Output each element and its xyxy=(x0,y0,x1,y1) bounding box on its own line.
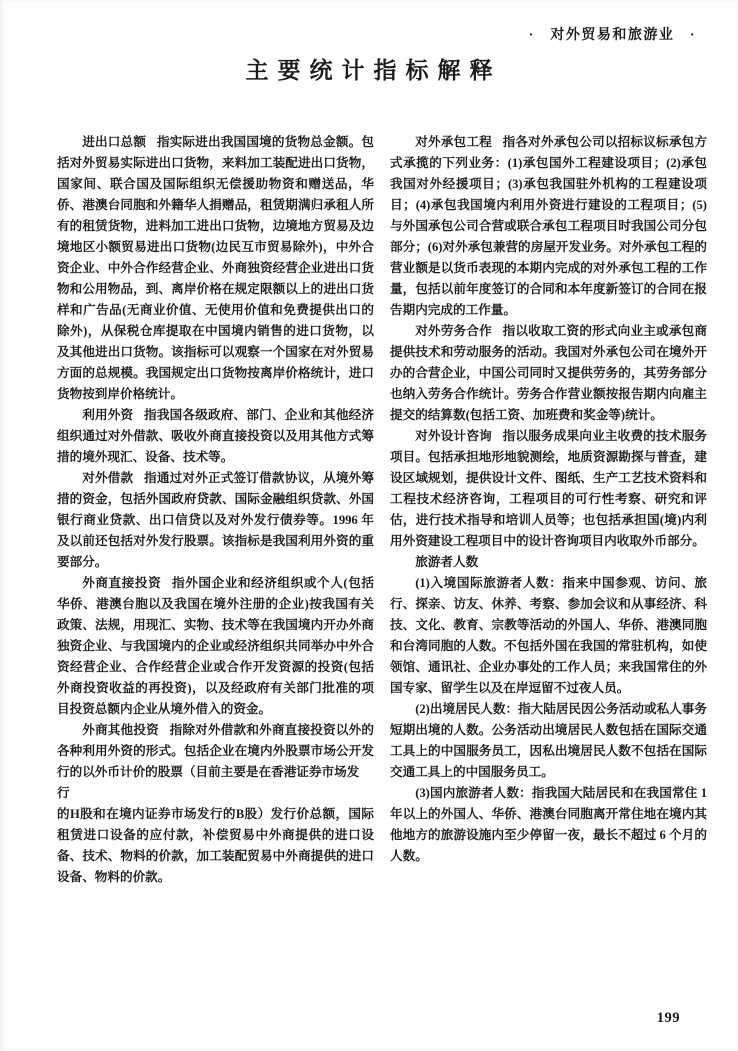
definition-paragraph: (1)入境国际旅游者人数：指来中国参观、访问、旅行、探亲、访友、休养、考察、参加… xyxy=(390,573,707,699)
definition-paragraph: 进出口总额指实际进出我国国境的货物总金额。包括对外贸易实际进出口货物，来料加工装… xyxy=(57,132,374,405)
definition-paragraph: 对外承包工程指各对外承包公司以招标议标承包方式承揽的下列业务：(1)承包国外工程… xyxy=(390,132,707,321)
definition-paragraph: 对外设计咨询指以服务成果向业主收费的技术服务项目。包括承担地形地貌测绘，地质资源… xyxy=(390,426,707,552)
term-label: 外商其他投资 xyxy=(82,723,159,737)
definition-paragraph: 旅游者人数 xyxy=(390,552,707,573)
page-number: 199 xyxy=(657,1010,680,1027)
definition-paragraph: (3)国内旅游者人数：指我国大陆居民和在我国常住 1 年以上的外国人、华侨、港澳… xyxy=(390,783,707,867)
left-column: 进出口总额指实际进出我国国境的货物总金额。包括对外贸易实际进出口货物，来料加工装… xyxy=(57,132,374,888)
definition-paragraph: 外商其他投资指除对外借款和外商直接投资以外的各种利用外资的形式。包括企业在境内外… xyxy=(57,720,374,888)
right-column: 对外承包工程指各对外承包公司以招标议标承包方式承揽的下列业务：(1)承包国外工程… xyxy=(390,132,707,888)
page-title: 主要统计指标解释 xyxy=(0,52,738,85)
definition-paragraph: (2)出境居民人数：指大陆居民因公务活动或私人事务短期出境的人数。公务活动出境居… xyxy=(390,699,707,783)
text-columns: 进出口总额指实际进出我国国境的货物总金额。包括对外贸易实际进出口货物，来料加工装… xyxy=(57,132,707,888)
term-label: 对外设计咨询 xyxy=(415,429,492,443)
term-label: 对外借款 xyxy=(82,471,133,485)
term-label: 外商直接投资 xyxy=(82,576,161,590)
running-header: · 对外贸易和旅游业 · xyxy=(529,24,696,44)
definition-paragraph: 对外借款指通过对外正式签订借款协议，从境外筹措的资金，包括外国政府贷款、国际金融… xyxy=(57,468,374,573)
definition-paragraph: 外商直接投资指外国企业和经济组织或个人(包括华侨、港澳台胞以及我国在境外注册的企… xyxy=(57,573,374,720)
definition-paragraph: 对外劳务合作指以收取工资的形式向业主或承包商提供技术和劳动服务的活动。我国对外承… xyxy=(390,321,707,426)
term-label: 旅游者人数 xyxy=(415,555,478,569)
term-label: 利用外资 xyxy=(82,408,133,422)
term-label: 对外劳务合作 xyxy=(415,324,492,338)
term-label: 对外承包工程 xyxy=(415,135,492,149)
document-page: · 对外贸易和旅游业 · 主要统计指标解释 进出口总额指实际进出我国国境的货物总… xyxy=(0,0,738,1051)
term-label: 进出口总额 xyxy=(82,135,146,149)
definition-paragraph: 利用外资指我国各级政府、部门、企业和其他经济组织通过对外借款、吸收外商直接投资以… xyxy=(57,405,374,468)
